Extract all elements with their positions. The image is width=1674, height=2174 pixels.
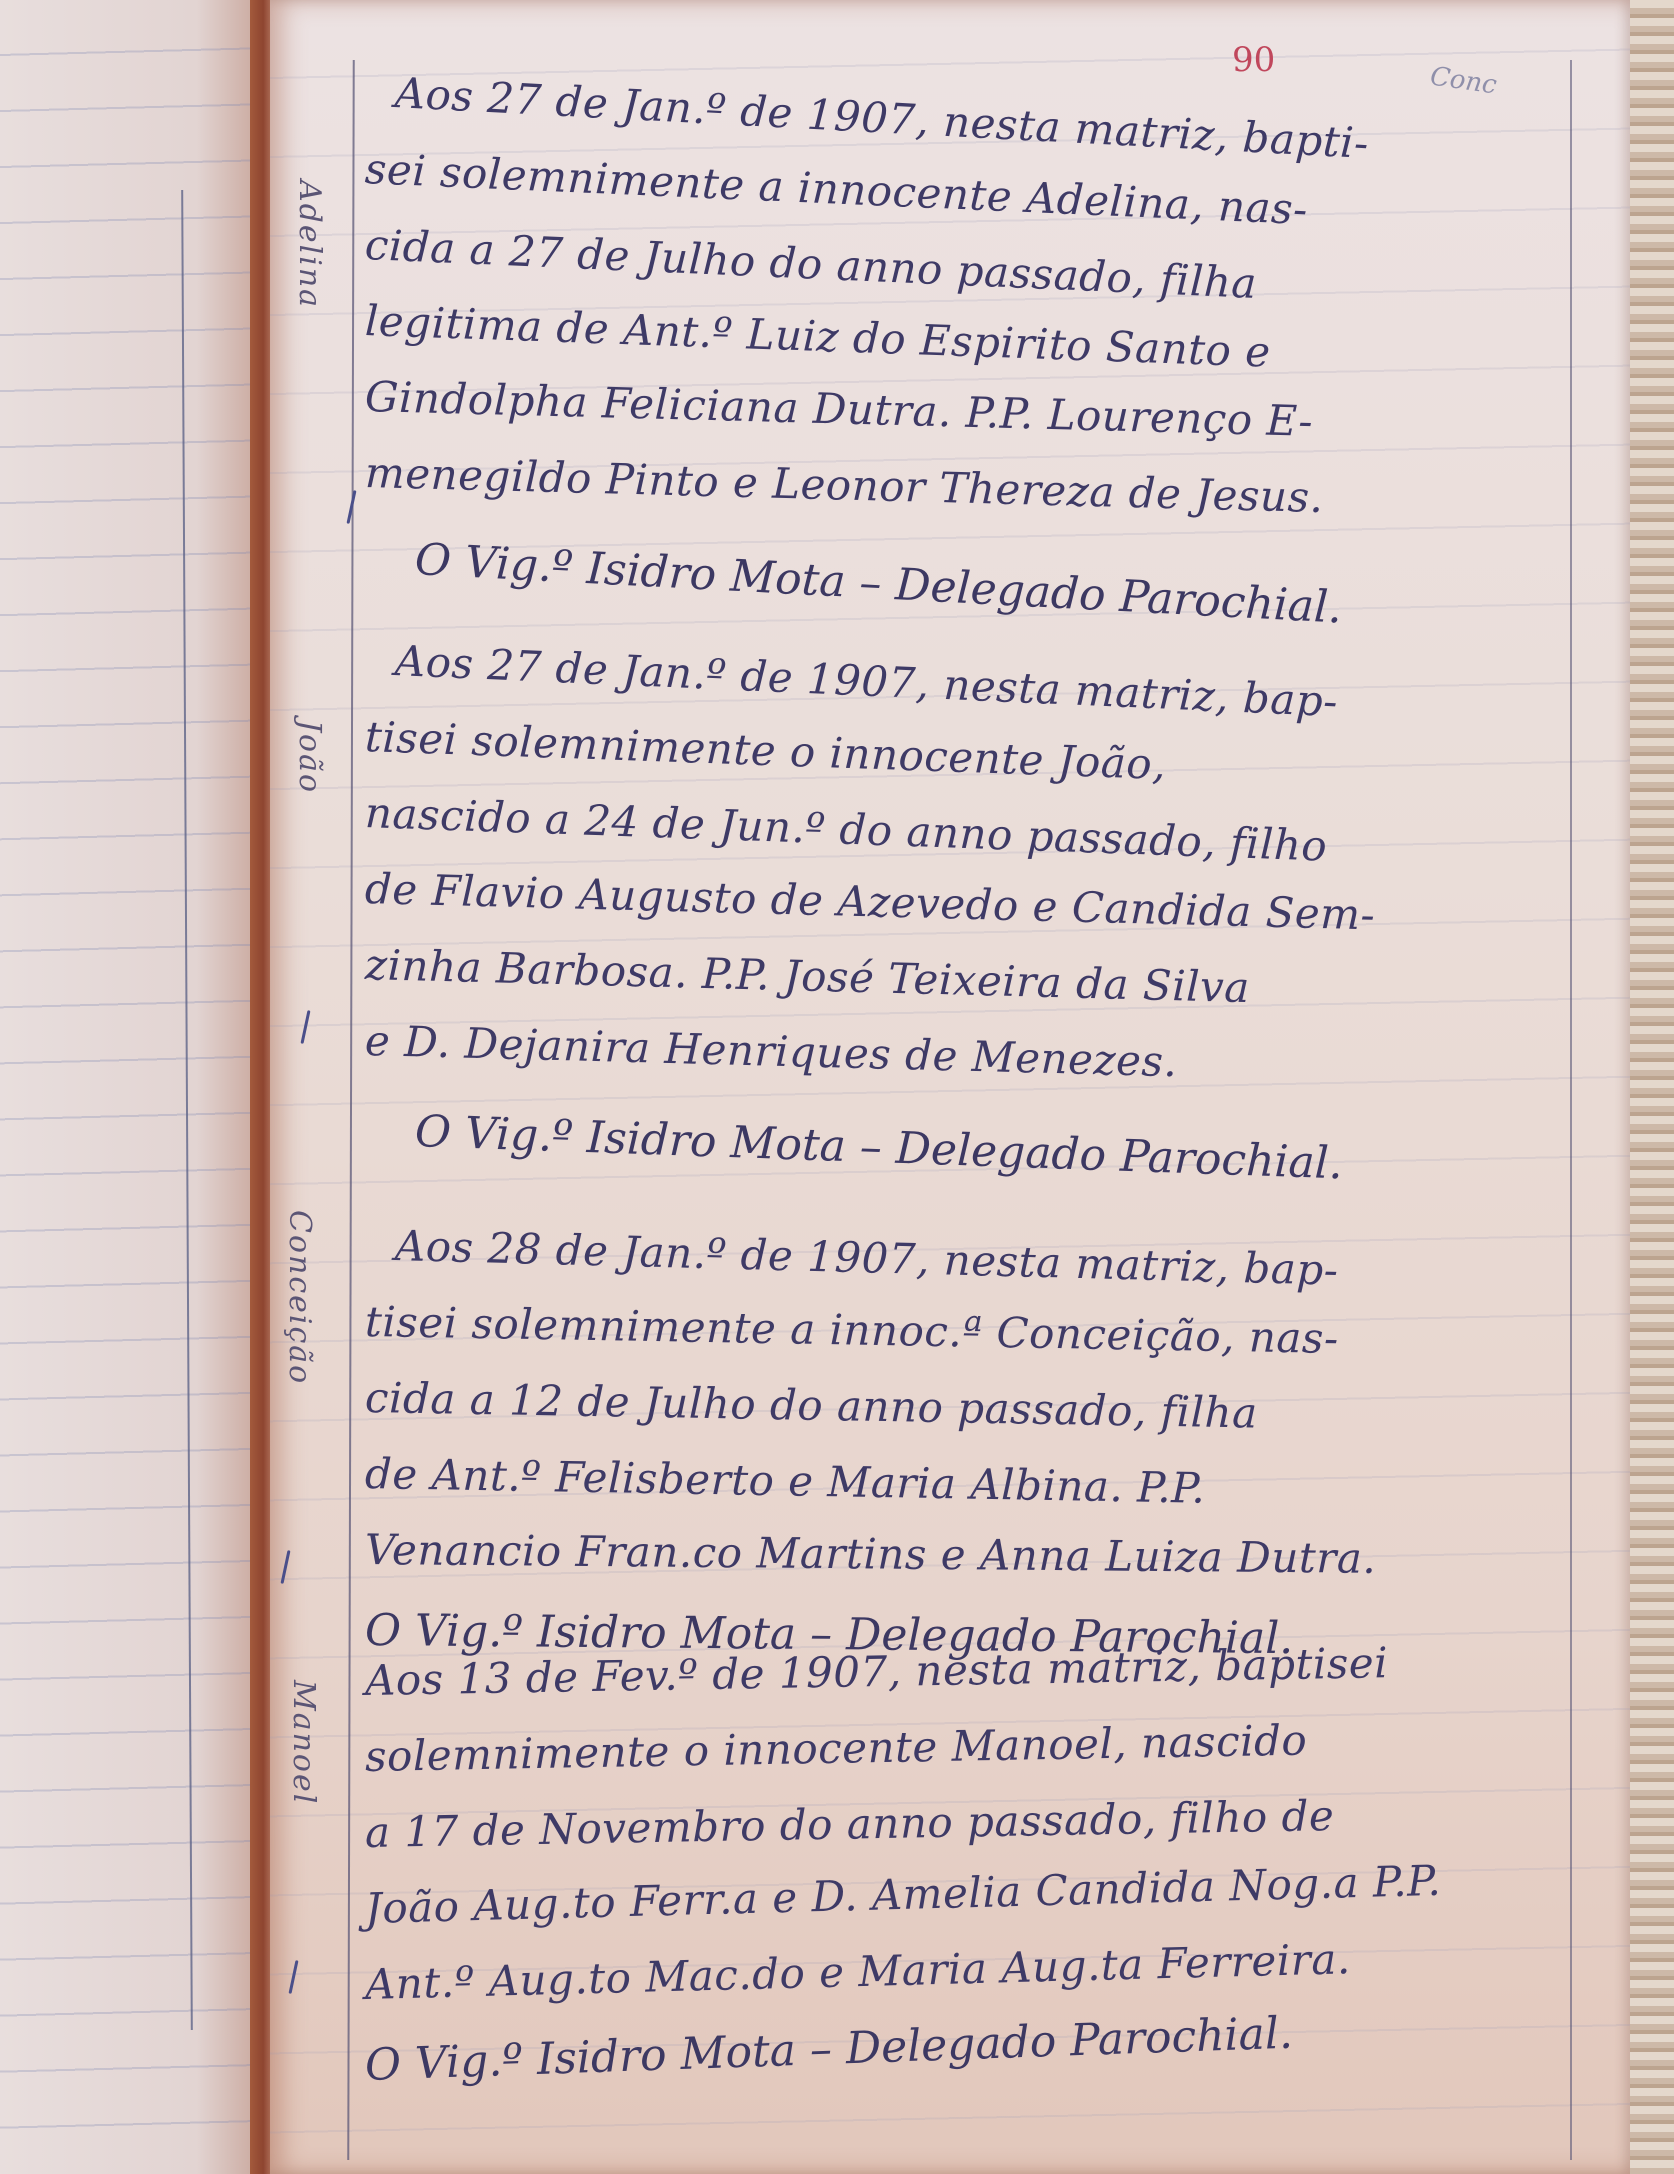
baptism-entry-manoel: Aos 13 de Fev.º de 1907, nesta matriz, b… [365, 1660, 1565, 2091]
entry-line: Ant.º Aug.to Mac.do e Maria Aug.ta Ferre… [364, 1933, 1565, 2006]
entry-line: tisei solemnimente o innocente João, [364, 716, 1565, 800]
background-surface [1630, 0, 1674, 2174]
entry-line: tisei solemnimente a innoc.ª Conceição, … [365, 1301, 1566, 1364]
register-page: 90 Conc Adelina João Conceição Manoel Ao… [270, 0, 1630, 2174]
entry-line: Venancio Fran.co Martins e Anna Luiza Du… [365, 1529, 1565, 1581]
entry-line: João Aug.to Ferr.a e D. Amelia Candida N… [364, 1857, 1565, 1930]
entry-line: zinha Barbosa. P.P. José Teixeira da Sil… [364, 944, 1565, 1017]
baptism-entry-joao: Aos 27 de Jan.º de 1907, nesta matriz, b… [365, 640, 1565, 1157]
entry-line: de Ant.º Felisberto e Maria Albina. P.P. [365, 1453, 1566, 1516]
margin-name-joao: João [292, 720, 327, 794]
baptism-entry-adelina: Aos 27 de Jan.º de 1907, nesta matriz, b… [365, 72, 1565, 585]
margin-name-adelina: Adelina [292, 180, 327, 309]
priest-signature: O Vig.º Isidro Mota – Delegado Parochial… [364, 1998, 1565, 2091]
entry-line: de Flavio Augusto de Azevedo e Candida S… [364, 868, 1565, 941]
entry-line: nascido a 24 de Jun.º do anno passado, f… [364, 792, 1565, 876]
baptism-entry-conceicao: Aos 28 de Jan.º de 1907, nesta matriz, b… [365, 1225, 1565, 1656]
book-gutter [250, 0, 272, 2174]
margin-name-manoel: Manoel [286, 1680, 321, 1805]
entry-line: e D. Dejanira Henriques de Menezes. [364, 1020, 1565, 1093]
entry-line: a 17 de Novembro do anno passado, filho … [365, 1791, 1566, 1854]
entry-line: Aos 28 de Jan.º de 1907, nesta matriz, b… [394, 1225, 1565, 1298]
entry-line: solemnimente o innocente Manoel, nascido [365, 1715, 1566, 1778]
entry-line: legitima de Ant.º Luiz do Espirito Santo… [364, 300, 1565, 384]
margin-name-conceicao: Conceição [282, 1210, 317, 1385]
entry-line: cida a 12 de Julho do anno passado, filh… [365, 1377, 1566, 1440]
left-page-margin-rule [181, 190, 193, 2030]
entry-line: menegildo Pinto e Leonor Thereza de Jesu… [364, 452, 1565, 525]
page-margin-rule-right [1570, 60, 1572, 2160]
entry-line: Gindolpha Feliciana Dutra. P.P. Lourenço… [364, 376, 1565, 449]
facing-left-page [0, 0, 262, 2174]
